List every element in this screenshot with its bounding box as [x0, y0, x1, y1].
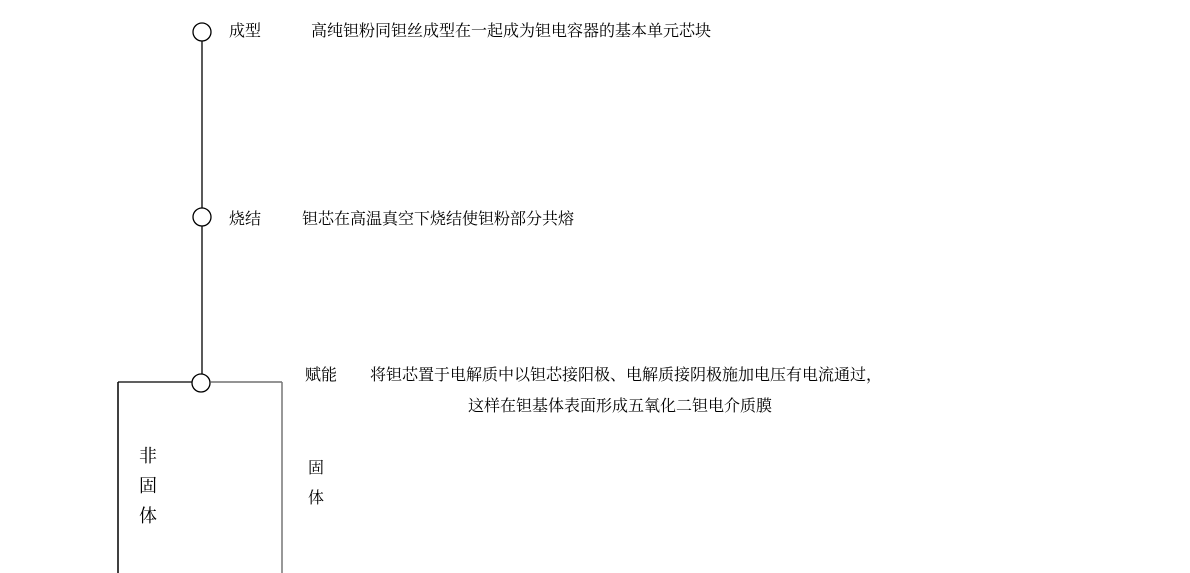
step-label-forming: 成型 [229, 22, 261, 40]
step-label-sintering: 烧结 [229, 210, 261, 228]
step-description-forming: 高纯钽粉同钽丝成型在一起成为钽电容器的基本单元芯块 [311, 22, 711, 40]
branch-label-solid: 固 体 [307, 453, 325, 513]
step-node-sintering [193, 208, 211, 226]
step-description-anodization-line1: 将钽芯置于电解质中以钽芯接阳极、电解质接阴极施加电压有电流通过， [370, 366, 882, 384]
step-node-forming [193, 23, 211, 41]
step-node-forming-anodization [192, 374, 210, 392]
step-label-anodization: 赋能 [305, 366, 337, 384]
step-description-anodization-line2: 这样在钽基体表面形成五氧化二钽电介质膜 [468, 397, 772, 415]
step-description-sintering: 钽芯在高温真空下烧结使钽粉部分共熔 [302, 210, 574, 228]
branch-label-non-solid: 非 固 体 [138, 442, 158, 532]
flow-connector-lines [0, 0, 1190, 573]
